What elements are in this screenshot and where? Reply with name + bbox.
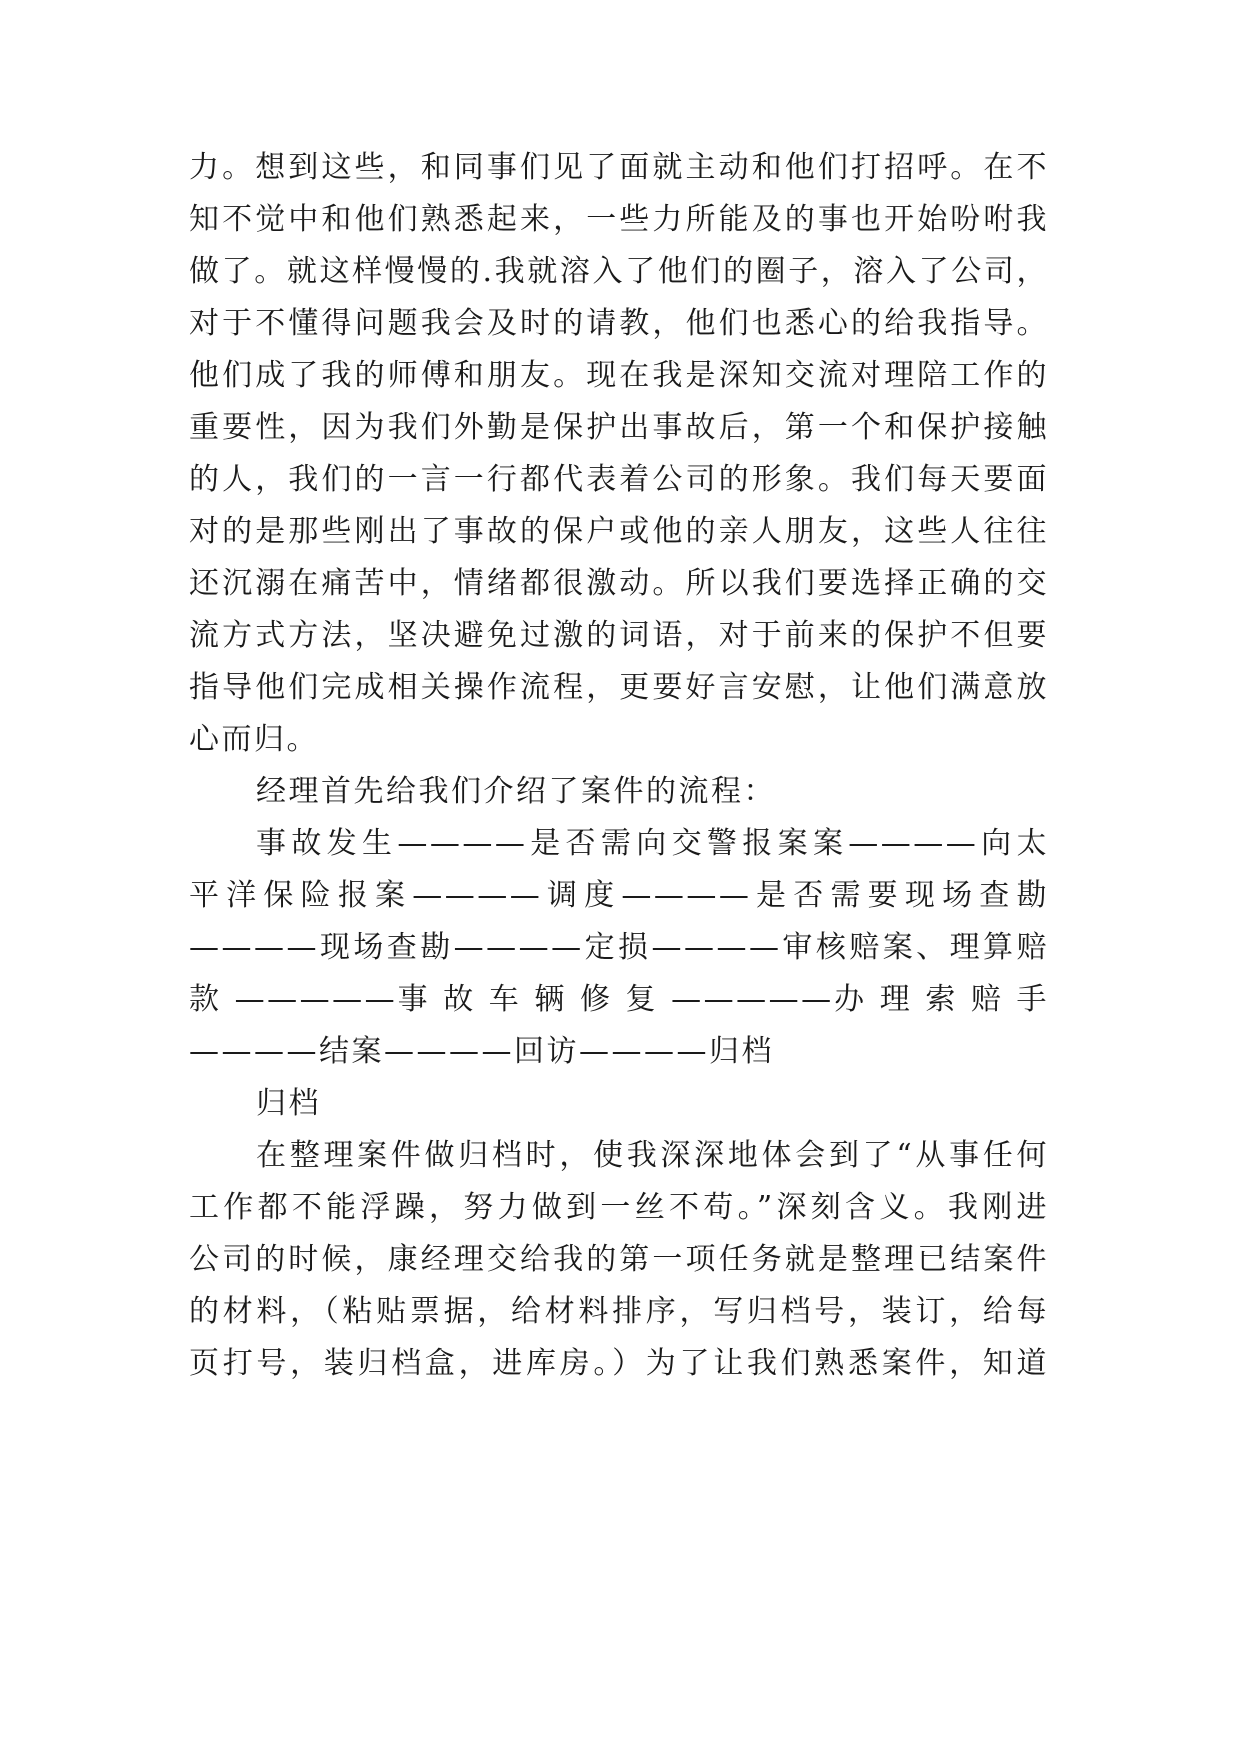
text-line: 在整理案件做归档时，使我深深地体会到了“从事任何	[256, 1136, 1049, 1176]
text-line: 力。想到这些，和同事们见了面就主动和他们打招呼。在不	[189, 148, 1049, 188]
text-line: 心而归。	[189, 720, 1049, 760]
process-flow-line: 款 —————事 故 车 辆 修 复 —————办 理 索 赔 手 续	[189, 980, 1049, 1020]
text-line: 工作都不能浮躁，努力做到一丝不苟。”深刻含义。我刚进	[189, 1188, 1049, 1228]
process-flow-line: 平洋保险报案————调度————是否需要现场查勘	[189, 876, 1049, 916]
text-line: 流方式方法，坚决避免过激的词语，对于前来的保护不但要	[189, 616, 1049, 656]
text-line: 指导他们完成相关操作流程，更要好言安慰，让他们满意放	[189, 668, 1049, 708]
section-heading-archive: 归档	[256, 1084, 1049, 1124]
text-line: 的材料，（粘贴票据，给材料排序，写归档号，装订，给每	[189, 1292, 1049, 1332]
text-line: 还沉溺在痛苦中，情绪都很激动。所以我们要选择正确的交	[189, 564, 1049, 604]
text-line: 的人，我们的一言一行都代表着公司的形象。我们每天要面	[189, 460, 1049, 500]
text-line: 做了。就这样慢慢的.我就溶入了他们的圈子，溶入了公司，	[189, 252, 1049, 292]
process-flow-line: ————现场查勘————定损————审核赔案、理算赔	[189, 928, 1049, 968]
text-line: 对于不懂得问题我会及时的请教，他们也悉心的给我指导。	[189, 304, 1049, 344]
text-line: 公司的时候，康经理交给我的第一项任务就是整理已结案件	[189, 1240, 1049, 1280]
paragraph-heading-process: 经理首先给我们介绍了案件的流程：	[256, 772, 1049, 812]
process-flow-line: 事故发生————是否需向交警报案案————向太	[256, 824, 1049, 864]
text-line: 重要性，因为我们外勤是保护出事故后，第一个和保护接触	[189, 408, 1049, 448]
text-line: 对的是那些刚出了事故的保户或他的亲人朋友，这些人往往	[189, 512, 1049, 552]
text-line: 知不觉中和他们熟悉起来，一些力所能及的事也开始吩咐我	[189, 200, 1049, 240]
text-line: 他们成了我的师傅和朋友。现在我是深知交流对理陪工作的	[189, 356, 1049, 396]
document-page: 力。想到这些，和同事们见了面就主动和他们打招呼。在不 知不觉中和他们熟悉起来，一…	[0, 0, 1241, 1754]
text-line: 页打号，装归档盒，进库房。）为了让我们熟悉案件，知道	[189, 1344, 1049, 1384]
process-flow-line: ————结案————回访————归档	[189, 1032, 1049, 1072]
